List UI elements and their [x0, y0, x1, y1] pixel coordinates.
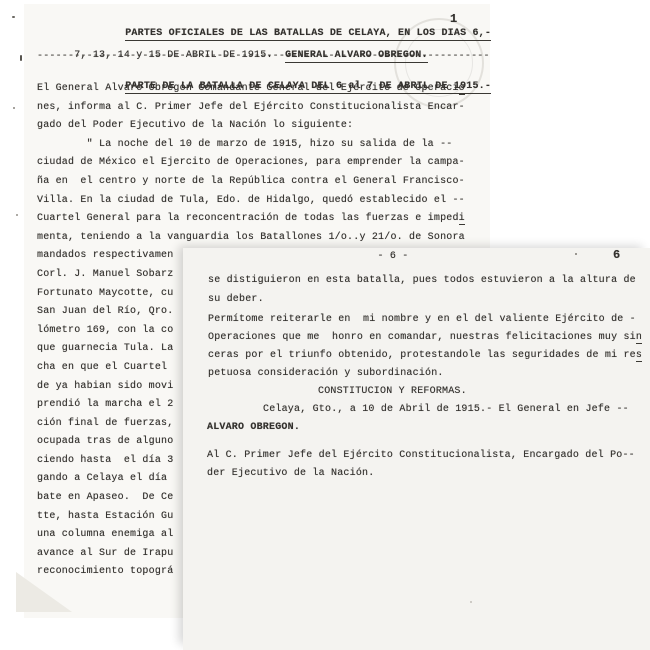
page-header-number: - 6 -: [183, 251, 603, 262]
typewritten-line: nes, informa al C. Primer Jefe del Ejérc…: [37, 102, 465, 121]
dateline: Celaya, Gto., a 10 de Abril de 1915.- El…: [263, 404, 629, 415]
scan-speck: [12, 16, 15, 18]
typewritten-line: Cuartel General para la reconcentración …: [37, 213, 465, 232]
typewritten-line: gado del Poder Ejecutivo de la Nación lo…: [37, 120, 465, 139]
typewritten-line: " La noche del 10 de marzo de 1915, hizo…: [37, 139, 465, 158]
typewritten-line: der Ejecutivo de la Nación.: [207, 468, 635, 486]
page-number: 1: [450, 12, 457, 26]
document-scan: PARTES OFICIALES DE LAS BATALLAS DE CELA…: [0, 0, 650, 650]
typewritten-line: Operaciones que me honro en comandar, nu…: [208, 332, 642, 350]
typewritten-line: ña en el centro y norte de la República …: [37, 176, 465, 195]
typewritten-line: El General Alvaro Obregón Comandante Gen…: [37, 83, 465, 102]
typewritten-line: se distiguieron en esta batalla, pues to…: [208, 275, 636, 294]
typewritten-line: ceras por el triunfo obtenido, protestan…: [208, 350, 642, 368]
typewritten-line: Villa. En la ciudad de Tula, Edo. de Hid…: [37, 195, 465, 214]
dashed-divider: ----------------------------------------…: [37, 51, 490, 62]
typewritten-line: Al C. Primer Jefe del Ejército Constituc…: [207, 450, 635, 468]
typewritten-line: petuosa consideración y subordinación.: [208, 368, 642, 386]
typewritten-line: su deber.: [208, 294, 636, 313]
scan-speck: [13, 107, 15, 109]
scan-speck: [470, 601, 472, 603]
signature-line: ALVARO OBREGON.: [207, 422, 300, 433]
typewritten-line: Permítome reiterarle en mi nombre y en e…: [208, 314, 642, 332]
typewritten-line: ciudad de México el Ejercito de Operacio…: [37, 157, 465, 176]
scan-speck: [16, 214, 18, 216]
page6-paragraph-2: Permítome reiterarle en mi nombre y en e…: [208, 314, 642, 386]
page-number: 6: [613, 248, 620, 262]
scan-speck: [20, 55, 22, 61]
motto-line: CONSTITUCION Y REFORMAS.: [318, 386, 467, 397]
page6-paragraph-1: se distiguieron en esta batalla, pues to…: [208, 275, 636, 313]
page-6: - 6 - 6 se distiguieron en esta batalla,…: [183, 248, 650, 650]
addressee-block: Al C. Primer Jefe del Ejército Constituc…: [207, 450, 635, 485]
